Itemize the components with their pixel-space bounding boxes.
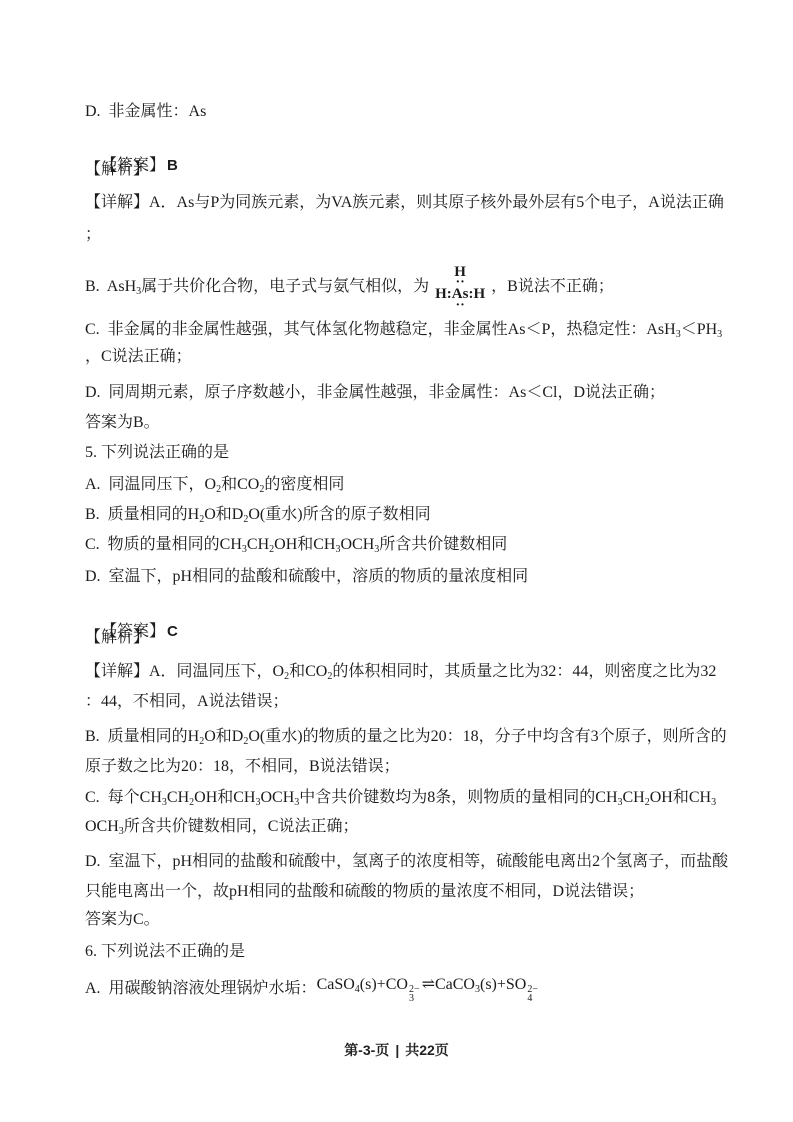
q6-stem: 6. 下列说法不正确的是: [85, 940, 245, 964]
q4-conclusion: 答案为B。: [85, 411, 160, 435]
lewis-lone-pair-dots: ··: [455, 302, 464, 309]
q5-detail-c-line2: OCH3所含共价键数相同，C说法正确；: [85, 815, 358, 839]
q5-detail-c-line1: C. 每个CH3CH2OH和CH3OCH3中含共价键数均为8条，则物质的量相同的…: [85, 786, 716, 810]
ion-charge-stack: 2−3: [409, 985, 420, 1003]
q6-option-a: A. 用碳酸钠溶液处理锅炉水垢： CaSO4(s)+CO2−3⇌CaCO3(s)…: [85, 974, 540, 1004]
q5-analysis-label: 【解析】: [85, 626, 149, 650]
q5-detail-d-line2: 只能电离出一个，故pH相同的盐酸和硫酸的物质的量浓度不相同，D说法错误；: [85, 880, 644, 904]
q5-option-d: D. 室温下，pH相同的盐酸和硫酸中，溶质的物质的量浓度相同: [85, 565, 528, 589]
q4-detail-b-line: B. AsH3属于共价化合物，电子式与氨气相似，为 H ·· H:As:H ··…: [85, 252, 614, 322]
q5-stem: 5. 下列说法正确的是: [85, 441, 229, 465]
q4-analysis-label: 【解析】: [85, 158, 149, 182]
q5-option-c: C. 物质的量相同的CH3CH2OH和CH3OCH3所含共价键数相同: [85, 533, 507, 557]
page-footer: 第-3-页|共22页: [0, 1040, 793, 1060]
q4-detail-b-before: B. AsH3属于共价化合物，电子式与氨气相似，为: [85, 275, 429, 299]
q5-conclusion: 答案为C。: [85, 908, 160, 932]
footer-separator: |: [395, 1042, 399, 1058]
q5-option-a: A. 同温同压下，O2和CO2的密度相同: [85, 473, 344, 497]
q4-detail-b-after: ，B说法不正确；: [491, 275, 614, 299]
q5-detail-d-line1: D. 室温下，pH相同的盐酸和硫酸中，氢离子的浓度相等，硫酸能电离出2个氢离子，…: [85, 850, 728, 874]
q6-option-a-prefix: A. 用碳酸钠溶液处理锅炉水垢：: [85, 977, 317, 1001]
equation: CaSO4(s)+CO2−3⇌CaCO3(s)+SO2−4: [317, 973, 540, 1005]
footer-page-number: 第-3-页: [344, 1042, 389, 1058]
q4-option-d: D. 非金属性：As: [85, 100, 206, 124]
ash3-lewis-structure: H ·· H:As:H ··: [435, 266, 485, 309]
q4-detail-c-line1: C. 非金属的非金属性越强，其气体氢化物越稳定，非金属性As＜P，热稳定性：As…: [85, 318, 722, 342]
q5-detail-a-line2: ：44，不相同，A说法错误；: [85, 690, 289, 714]
document-page: D. 非金属性：As 【答案】B 【解析】 【详解】A．As与P为同族元素，为V…: [0, 0, 793, 1122]
q4-detail-c-line2: ，C说法正确；: [85, 345, 192, 369]
q5-detail-b-line2: 原子数之比为20：18，不相同，B说法错误；: [85, 755, 400, 779]
lewis-upper-bond-dots: ··: [455, 279, 464, 286]
q5-option-b: B. 质量相同的H2O和D2O(重水)所含的原子数相同: [85, 503, 431, 527]
q4-answer-value: B: [165, 157, 178, 174]
ion-charge-stack: 2−4: [527, 985, 538, 1003]
q5-answer-value: C: [165, 623, 178, 640]
footer-total-pages: 共22页: [405, 1042, 449, 1058]
q4-detail-a-line2: ；: [85, 223, 101, 247]
q4-detail-a-line1: 【详解】A．As与P为同族元素，为VA族元素，则其原子核外最外层有5个电子，A说…: [85, 191, 724, 215]
q5-detail-b-line1: B. 质量相同的H2O和D2O(重水)的物质的量之比为20：18，分子中均含有3…: [85, 725, 727, 749]
q4-detail-d: D. 同周期元素，原子序数越小，非金属性越强，非金属性：As＜Cl，D说法正确；: [85, 381, 665, 405]
q5-detail-a-line1: 【详解】A．同温同压下，O2和CO2的体积相同时，其质量之比为32：44，则密度…: [85, 660, 716, 684]
